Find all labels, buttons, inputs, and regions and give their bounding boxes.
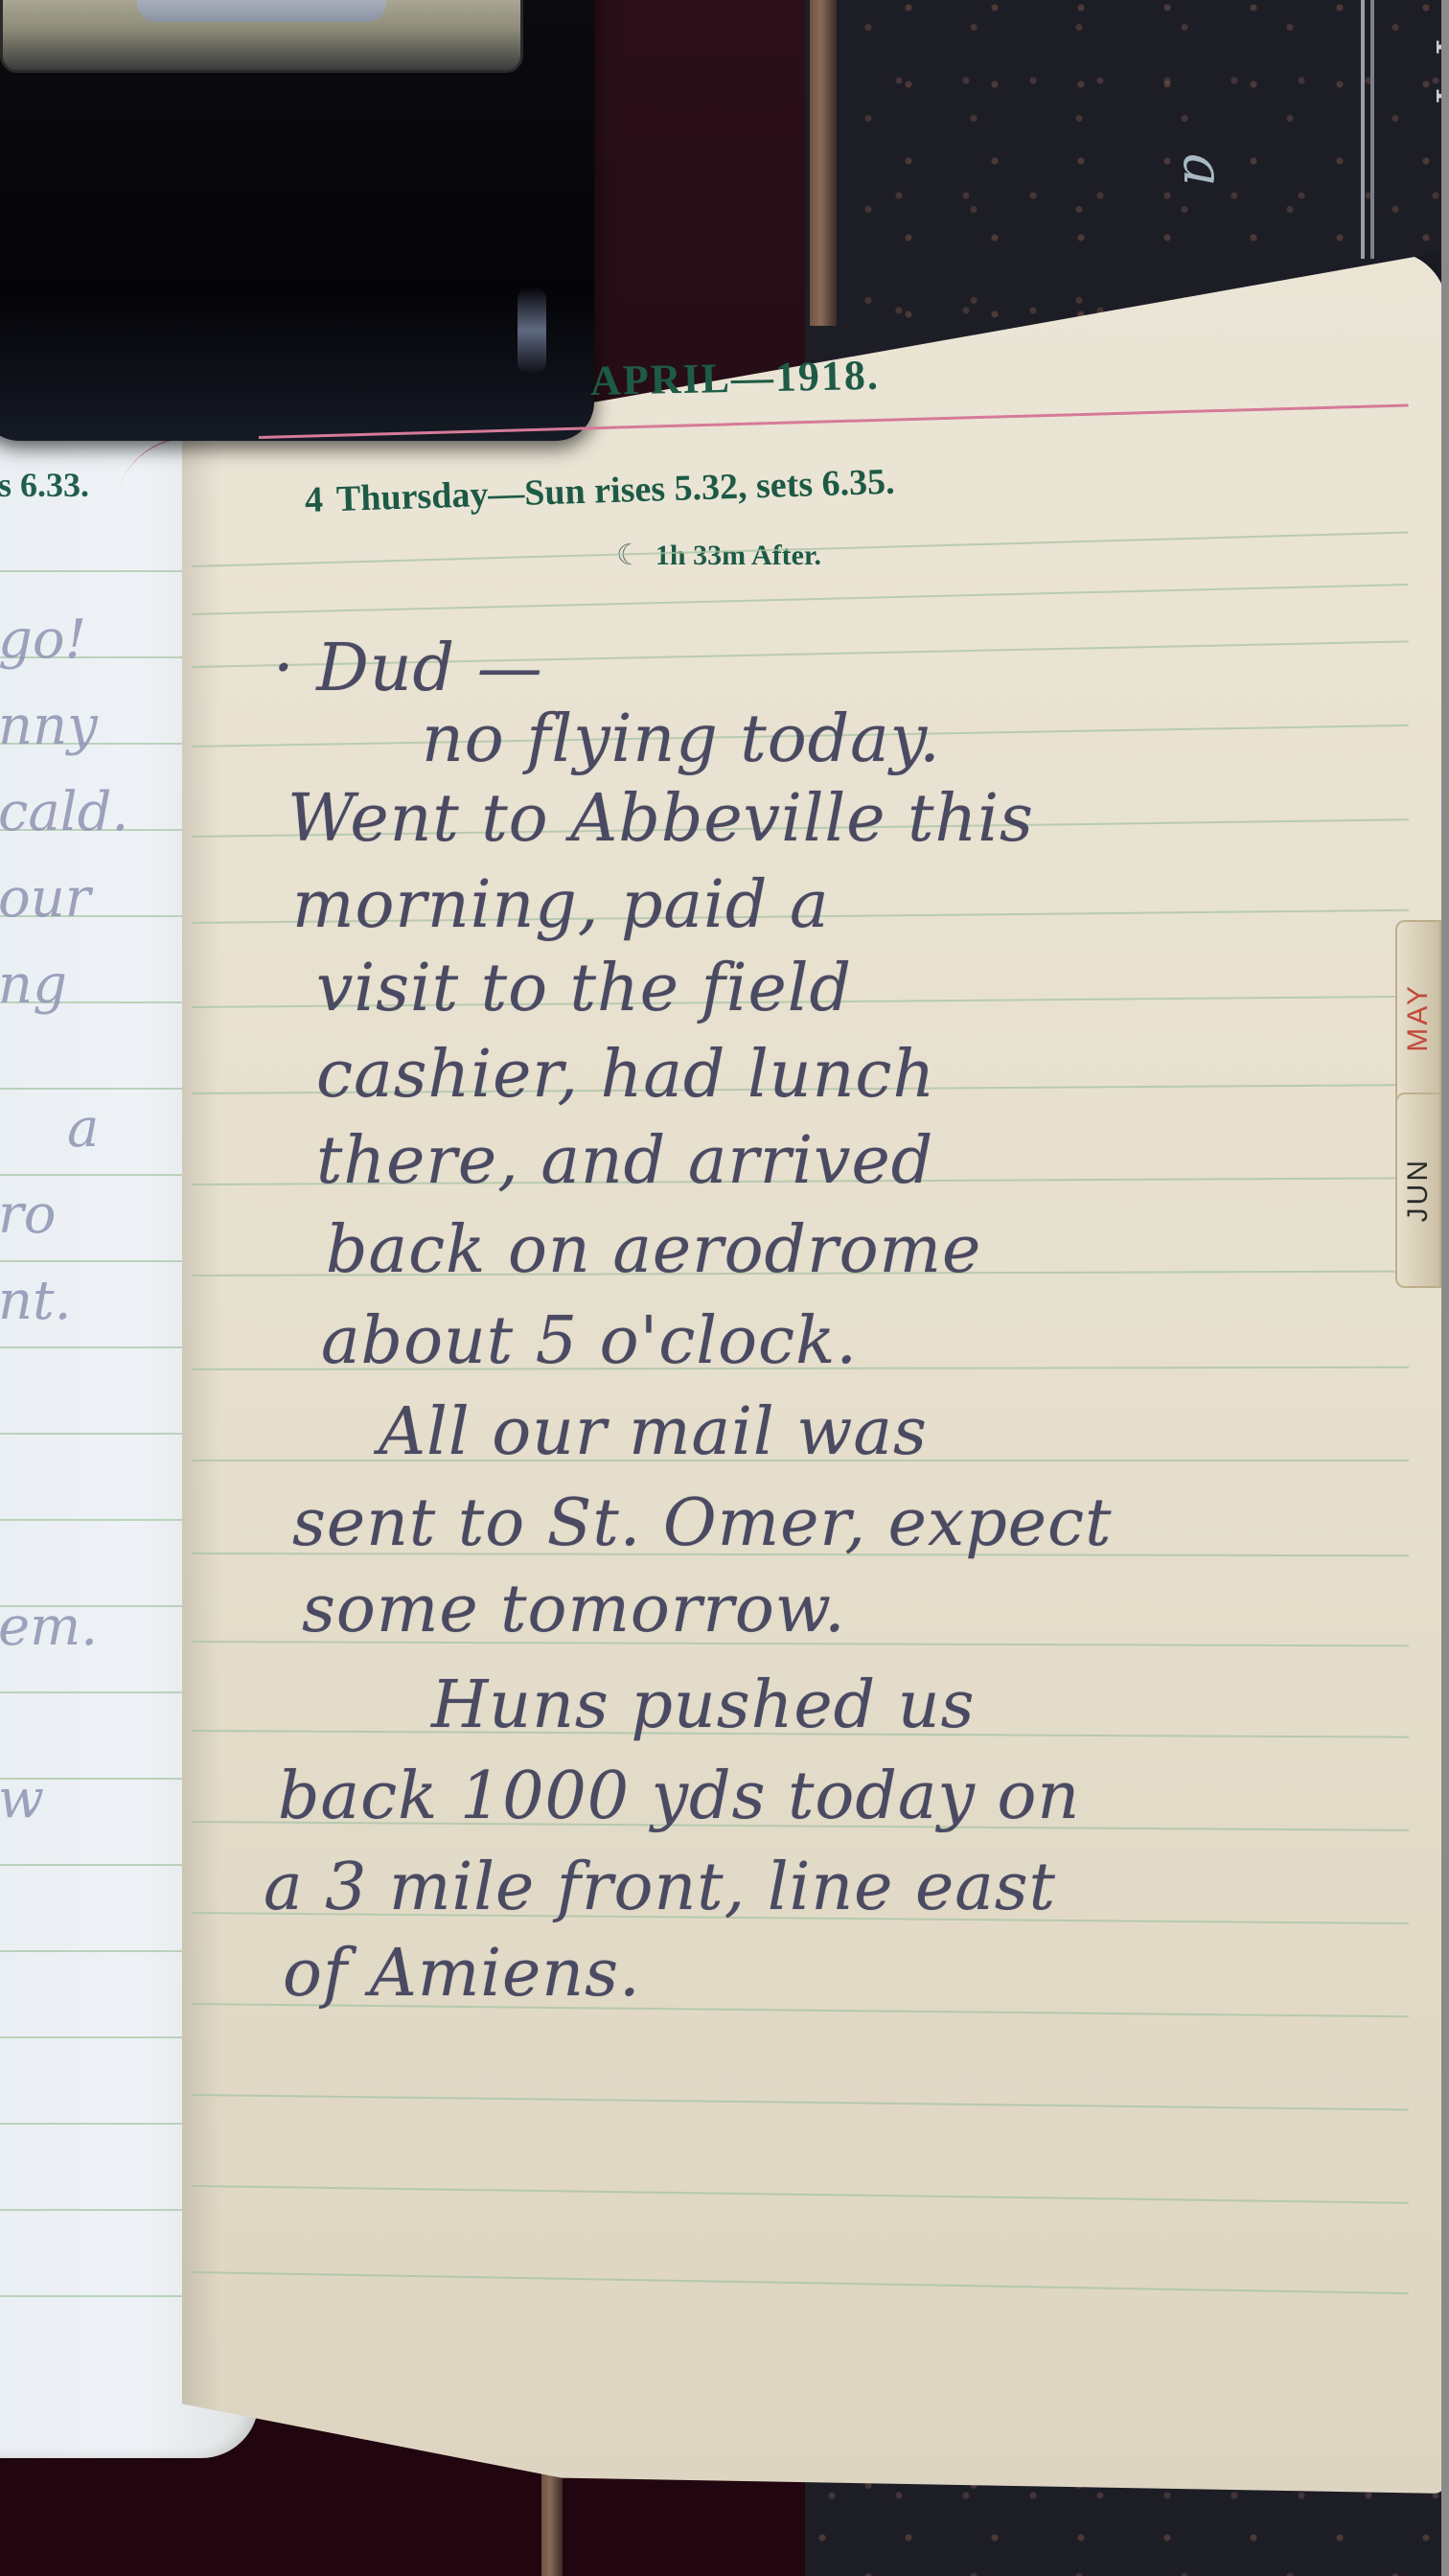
left-handwriting-fragment: go! bbox=[0, 609, 86, 671]
cover-edge-top bbox=[810, 0, 837, 326]
device-edge-reflection bbox=[517, 287, 546, 374]
handwriting-line: visit to the field bbox=[316, 951, 852, 1026]
handwriting-line: · Dud — bbox=[273, 631, 543, 706]
left-handwriting-fragment: our bbox=[0, 867, 91, 930]
left-handwriting-fragment: w bbox=[0, 1768, 44, 1830]
handwriting-line: Went to Abbeville this bbox=[287, 781, 1034, 857]
left-handwriting-fragment: em. bbox=[0, 1596, 98, 1658]
cover-script-lettering: a bbox=[1171, 153, 1236, 187]
handwriting-line: some tomorrow. bbox=[302, 1572, 846, 1647]
left-handwriting-fragment: nny bbox=[0, 695, 98, 757]
left-page-header-fragment: s 6.33. bbox=[0, 465, 89, 505]
handwriting-line: Huns pushed us bbox=[431, 1667, 976, 1743]
page-title-month-year: APRIL—1918. bbox=[589, 351, 880, 405]
cover-double-rule bbox=[1361, 0, 1365, 259]
handwriting-line: back 1000 yds today on bbox=[278, 1759, 1080, 1834]
handwriting-line: back on aerodrome bbox=[326, 1212, 981, 1288]
day-number: 4 bbox=[304, 479, 323, 520]
tab-may-label: MAY bbox=[1402, 983, 1435, 1052]
handwriting-line: sent to St. Omer, expect bbox=[292, 1485, 1112, 1561]
moon-phase-line: ☾1h 33m After. bbox=[616, 539, 821, 572]
handwriting-line: there, and arrived bbox=[316, 1123, 933, 1199]
handwriting-line: about 5 o'clock. bbox=[321, 1303, 858, 1379]
handwriting-line: no flying today. bbox=[422, 701, 941, 777]
device-plate-highlight bbox=[137, 0, 386, 22]
handwriting-line: cashier, had lunch bbox=[316, 1037, 935, 1113]
left-handwriting-fragment: cald. bbox=[0, 781, 128, 843]
left-handwriting-fragment: ro bbox=[0, 1184, 56, 1246]
black-device bbox=[0, 0, 594, 441]
tab-jun-label: JUN bbox=[1402, 1158, 1435, 1222]
handwriting-line: All our mail was bbox=[379, 1394, 928, 1470]
right-gutter bbox=[1441, 0, 1449, 2576]
device-metal-plate bbox=[0, 0, 523, 73]
left-handwriting-fragment: nt. bbox=[0, 1270, 71, 1332]
handwriting-line: of Amiens. bbox=[283, 1936, 641, 2012]
tab-jun[interactable]: JUN bbox=[1395, 1092, 1441, 1288]
tab-may[interactable]: MAY bbox=[1395, 920, 1441, 1115]
left-handwriting-fragment: a bbox=[67, 1097, 99, 1160]
handwriting-line: a 3 mile front, line east bbox=[264, 1850, 1056, 1925]
handwriting-line: morning, paid a bbox=[292, 867, 830, 943]
moon-phase-text: 1h 33m After. bbox=[655, 540, 821, 571]
left-handwriting-fragment: ng bbox=[0, 954, 67, 1016]
